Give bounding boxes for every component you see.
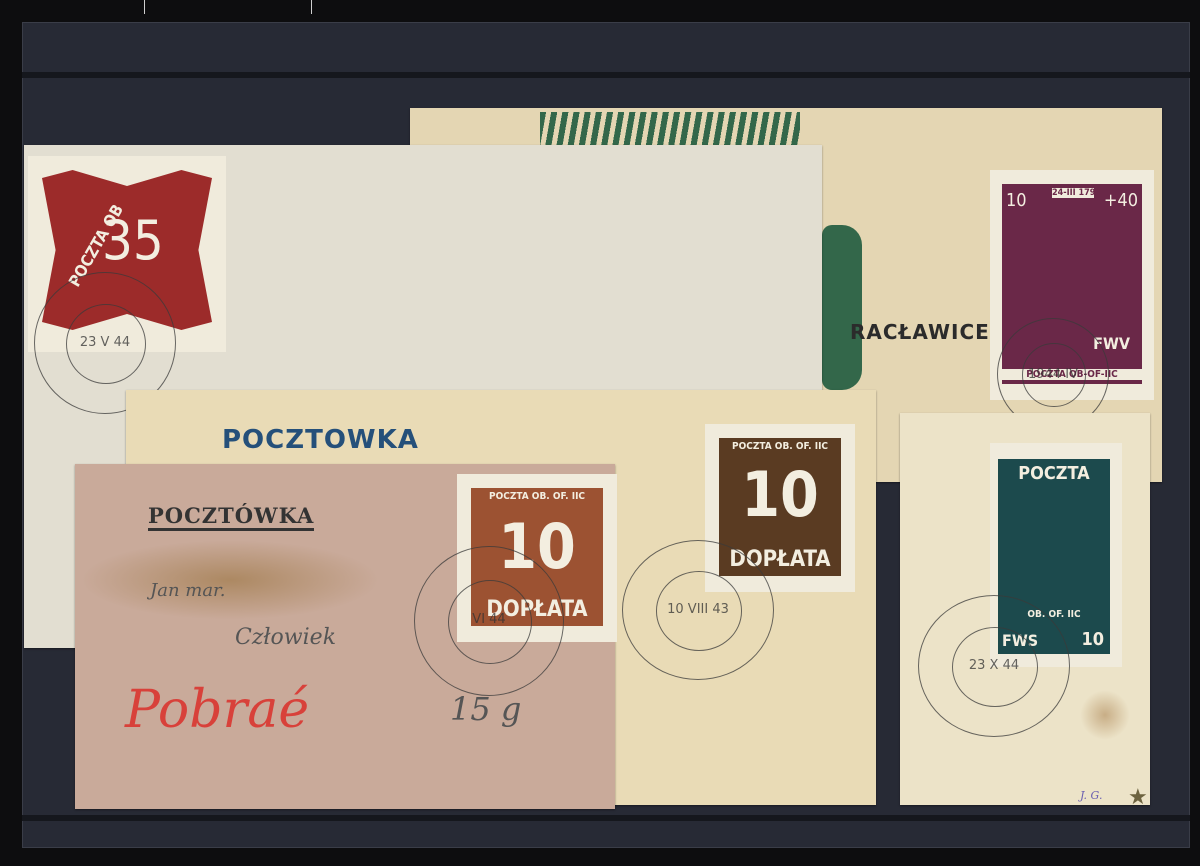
handwriting-2: Człowiek [235, 625, 336, 650]
cancel-brown1: VI 44 [414, 546, 564, 696]
stamp-date: 24-III 1794 [1052, 188, 1094, 198]
cancel-teal: 23 X 44 [918, 595, 1070, 737]
green-illustration [540, 112, 800, 148]
stain [1080, 690, 1130, 740]
pocztowka-black-label: POCZTÓWKA [148, 503, 314, 531]
ruler-tick [144, 0, 145, 14]
green-illustration-side [822, 225, 862, 390]
handwriting-1: Jan mar. [150, 580, 225, 601]
initials: J. G. [1080, 789, 1102, 802]
cancel-brown2: 10 VIII 43 [622, 540, 774, 680]
stamp-value-right: +40 [1104, 190, 1138, 211]
pobranie-text: Pobraé [125, 680, 309, 740]
stockcard-strip-bottom [22, 815, 1190, 821]
raclawice-label: RACŁAWICE [850, 320, 990, 344]
star-icon: ★ [1128, 785, 1148, 810]
ruler-tick [311, 0, 312, 14]
stamp-value-left: 10 [1006, 190, 1027, 211]
stockcard-strip-top [22, 72, 1190, 78]
pocztowka-blue-label: POCZTOWKA [222, 425, 419, 455]
stain [80, 540, 380, 620]
stamp-value: 35 [102, 214, 164, 268]
